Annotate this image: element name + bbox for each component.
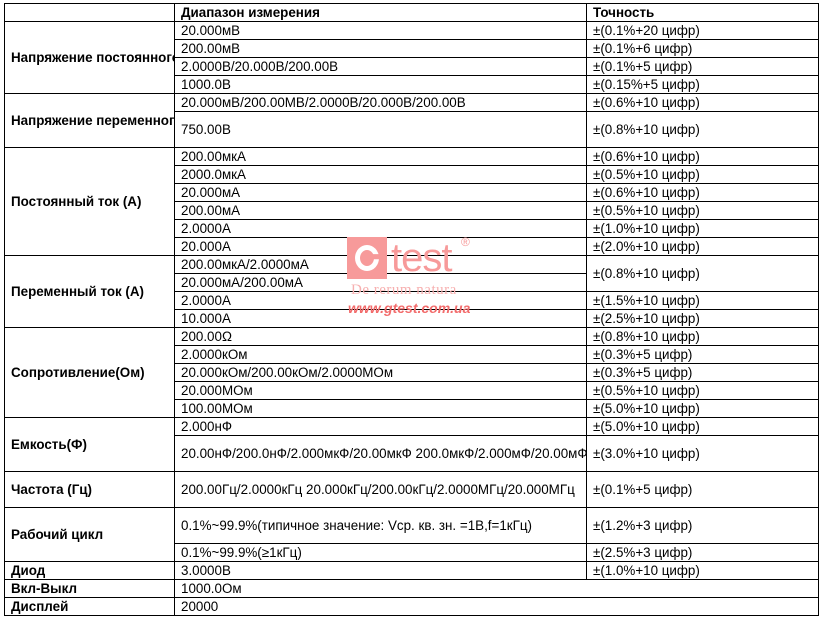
accuracy-cell: ±(0.8%+10 цифр) [587,328,819,346]
header-param [5,4,175,22]
param-ac-current: Переменный ток (А) [5,256,175,328]
range-cell: 100.00МОм [175,400,587,418]
param-frequency: Частота (Гц) [5,472,175,508]
header-range: Диапазон измерения [175,4,587,22]
range-cell: 0.1%~99.9%(≥1кГц) [175,544,587,562]
range-cell: 3.0000В [175,562,587,580]
table-row: Сопротивление(Ом) 200.00Ω ±(0.8%+10 цифр… [5,328,819,346]
param-capacitance: Емкость(Ф) [5,418,175,472]
accuracy-cell: ±(0.6%+10 цифр) [587,148,819,166]
range-cell: 20.000МОм [175,382,587,400]
specifications-table: Диапазон измерения Точность Напряжение п… [4,3,819,616]
accuracy-cell: ±(5.0%+10 цифр) [587,400,819,418]
accuracy-cell: ±(0.1%+6 цифр) [587,40,819,58]
table-row: Рабочий цикл 0.1%~99.9%(типичное значени… [5,508,819,544]
range-cell: 200.00Ω [175,328,587,346]
accuracy-cell: ±(2.5%+10 цифр) [587,310,819,328]
range-cell: 20.000А [175,238,587,256]
range-cell: 10.000А [175,310,587,328]
accuracy-cell: ±(0.8%+10 цифр) [587,256,819,292]
table-row: Постоянный ток (А) 200.00мкА ±(0.6%+10 ц… [5,148,819,166]
range-cell: 200.00мкА/2.0000мА [175,256,587,274]
range-cell: 200.00мкА [175,148,587,166]
range-cell: 20.000кОм/200.00кОм/2.0000МОм [175,364,587,382]
range-cell: 20000 [175,598,819,616]
range-cell: 20.000мВ [175,22,587,40]
accuracy-cell: ±(2.0%+10 цифр) [587,238,819,256]
table-row: Напряжение постоянного тока (В) 20.000мВ… [5,22,819,40]
range-cell: 20.000мА/200.00мА [175,274,587,292]
header-accuracy: Точность [587,4,819,22]
range-cell: 1000.0В [175,76,587,94]
accuracy-cell: ±(0.5%+10 цифр) [587,382,819,400]
accuracy-cell: ±(3.0%+10 цифр) [587,436,819,472]
param-duty-cycle: Рабочий цикл [5,508,175,562]
range-cell: 750.00В [175,112,587,148]
range-cell: 2000.0мкА [175,166,587,184]
accuracy-cell: ±(0.6%+10 цифр) [587,184,819,202]
range-cell: 2.0000А [175,220,587,238]
range-cell: 0.1%~99.9%(типичное значение: Vср. кв. з… [175,508,587,544]
table-row: Напряжение переменного тока (В) 20.000мВ… [5,94,819,112]
param-dc-current: Постоянный ток (А) [5,148,175,256]
accuracy-cell: ±(0.1%+5 цифр) [587,472,819,508]
accuracy-cell: ±(0.3%+5 цифр) [587,346,819,364]
range-cell: 20.00нФ/200.0нФ/2.000мкФ/20.00мкФ 200.0м… [175,436,587,472]
table-row: Емкость(Ф) 2.000нФ ±(5.0%+10 цифр) [5,418,819,436]
accuracy-cell: ±(0.6%+10 цифр) [587,94,819,112]
range-cell: 2.0000кОм [175,346,587,364]
range-cell: 200.00Гц/2.0000кГц 20.000кГц/200.00кГц/2… [175,472,587,508]
accuracy-cell: ±(1.5%+10 цифр) [587,292,819,310]
accuracy-cell: ±(1.0%+10 цифр) [587,562,819,580]
accuracy-cell: ±(5.0%+10 цифр) [587,418,819,436]
table-row: Диод 3.0000В ±(1.0%+10 цифр) [5,562,819,580]
accuracy-cell: ±(0.1%+20 цифр) [587,22,819,40]
range-cell: 2.000нФ [175,418,587,436]
table-row: Переменный ток (А) 200.00мкА/2.0000мА ±(… [5,256,819,274]
accuracy-cell: ±(1.2%+3 цифр) [587,508,819,544]
header-row: Диапазон измерения Точность [5,4,819,22]
range-cell: 20.000мА [175,184,587,202]
table-row: Частота (Гц) 200.00Гц/2.0000кГц 20.000кГ… [5,472,819,508]
param-diode: Диод [5,562,175,580]
range-cell: 200.00мА [175,202,587,220]
param-dc-voltage: Напряжение постоянного тока (В) [5,22,175,94]
accuracy-cell: ±(0.15%+5 цифр) [587,76,819,94]
param-continuity: Вкл-Выкл [5,580,175,598]
range-cell: 1000.0Ом [175,580,819,598]
table-row: Вкл-Выкл 1000.0Ом [5,580,819,598]
param-ac-voltage: Напряжение переменного тока (В) [5,94,175,148]
range-cell: 200.00мВ [175,40,587,58]
param-display: Дисплей [5,598,175,616]
range-cell: 2.0000А [175,292,587,310]
range-cell: 20.000мВ/200.00МВ/2.0000В/20.000В/200.00… [175,94,587,112]
accuracy-cell: ±(0.8%+10 цифр) [587,112,819,148]
accuracy-cell: ±(2.5%+3 цифр) [587,544,819,562]
accuracy-cell: ±(0.5%+10 цифр) [587,166,819,184]
range-cell: 2.0000В/20.000В/200.00В [175,58,587,76]
accuracy-cell: ±(0.3%+5 цифр) [587,364,819,382]
accuracy-cell: ±(0.5%+10 цифр) [587,202,819,220]
accuracy-cell: ±(0.1%+5 цифр) [587,58,819,76]
param-resistance: Сопротивление(Ом) [5,328,175,418]
accuracy-cell: ±(1.0%+10 цифр) [587,220,819,238]
table-row: Дисплей 20000 [5,598,819,616]
